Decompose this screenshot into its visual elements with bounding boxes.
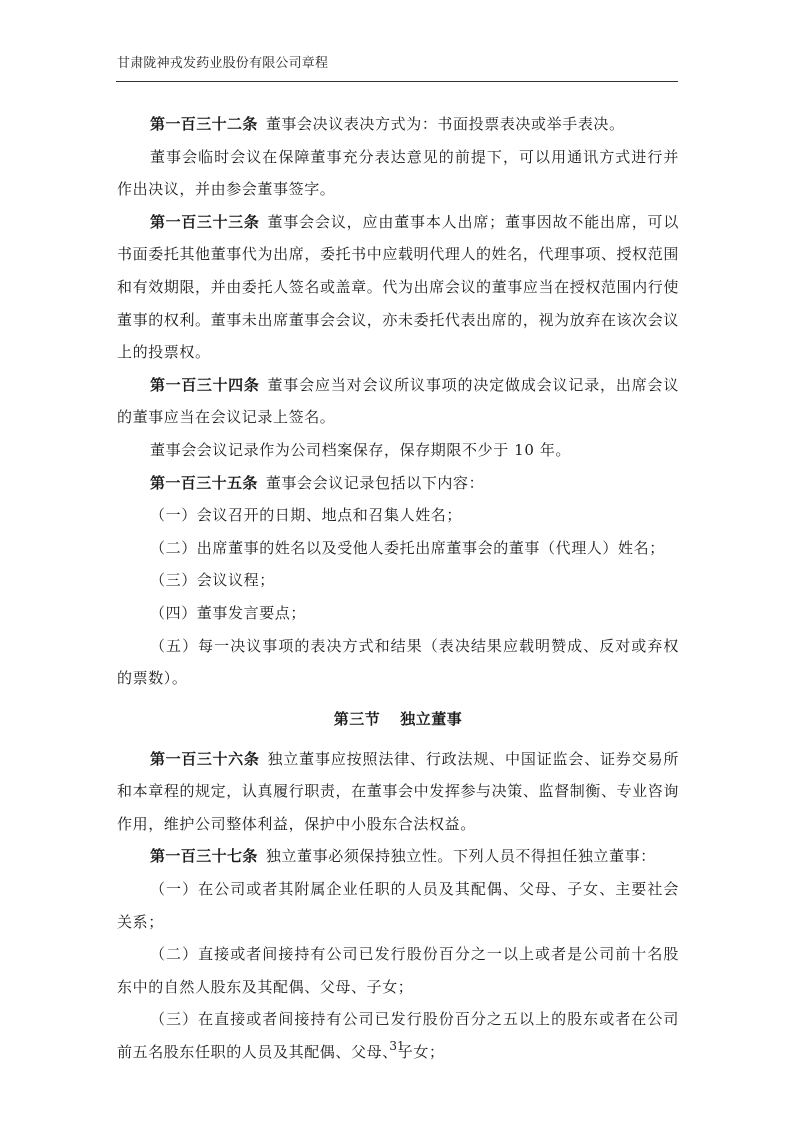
paragraph-article-133: 第一百三十三条董事会会议，应由董事本人出席；董事因故不能出席，可以书面委托其他董… [117, 206, 679, 369]
section-number: 第三节 [334, 710, 381, 728]
list-item: （三）在直接或者间接持有公司已发行股份百分之五以上的股东或者在公司前五名股东任职… [117, 1003, 679, 1068]
list-item-text: （三）会议议程； [150, 571, 275, 589]
paragraph-article-132: 第一百三十二条董事会决议表决方式为：书面投票表决或举手表决。 [117, 108, 679, 141]
article-number: 第一百三十二条 [150, 115, 258, 133]
list-item-text: （一）会议召开的日期、地点和召集人姓名； [150, 506, 462, 524]
list-item-text: （四）董事发言要点； [150, 604, 306, 622]
section-heading: 第三节独立董事 [117, 703, 679, 735]
list-item: （五）每一决议事项的表决方式和结果（表决结果应载明赞成、反对或弃权的票数）。 [117, 630, 679, 695]
list-item: （二）直接或者间接持有公司已发行股份百分之一以上或者是公司前十名股东中的自然人股… [117, 938, 679, 1003]
paragraph-text: 独立董事必须保持独立性。下列人员不得担任独立董事： [266, 847, 656, 865]
paragraph-text: 董事会会议记录包括以下内容： [266, 474, 484, 492]
paragraph-article-135: 第一百三十五条董事会会议记录包括以下内容： [117, 467, 679, 500]
header-divider [116, 81, 678, 82]
paragraph-article-134: 第一百三十四条董事会应当对会议所议事项的决定做成会议记录，出席会议的董事应当在会… [117, 369, 679, 434]
paragraph-article-136: 第一百三十六条独立董事应按照法律、行政法规、中国证监会、证券交易所和本章程的规定… [117, 743, 679, 841]
list-item-text: （二）直接或者间接持有公司已发行股份百分之一以上或者是公司前十名股东中的自然人股… [117, 945, 679, 996]
paragraph: 董事会会议记录作为公司档案保存，保存期限不少于 10 年。 [117, 434, 679, 467]
list-item: （一）会议召开的日期、地点和召集人姓名； [117, 499, 679, 532]
paragraph-text: 董事会决议表决方式为：书面投票表决或举手表决。 [266, 115, 625, 133]
list-item-text: （二）出席董事的姓名以及受他人委托出席董事会的董事（代理人）姓名； [150, 539, 665, 557]
article-number: 第一百三十七条 [150, 847, 258, 865]
article-number: 第一百三十三条 [150, 213, 259, 231]
page-number: 31 [0, 1039, 794, 1053]
paragraph-text: 董事会会议记录作为公司档案保存，保存期限不少于 10 年。 [150, 441, 571, 459]
section-title: 独立董事 [400, 710, 462, 728]
article-number: 第一百三十四条 [150, 376, 259, 394]
article-number: 第一百三十五条 [150, 474, 258, 492]
list-item: （二）出席董事的姓名以及受他人委托出席董事会的董事（代理人）姓名； [117, 532, 679, 565]
article-number: 第一百三十六条 [150, 750, 259, 768]
paragraph-text: 董事会临时会议在保障董事充分表达意见的前提下，可以用通讯方式进行并作出决议，并由… [117, 148, 679, 199]
list-item: （一）在公司或者其附属企业任职的人员及其配偶、父母、子女、主要社会关系； [117, 873, 679, 938]
paragraph-article-137: 第一百三十七条独立董事必须保持独立性。下列人员不得担任独立董事： [117, 840, 679, 873]
list-item: （三）会议议程； [117, 564, 679, 597]
list-item: （四）董事发言要点； [117, 597, 679, 630]
list-item-text: （五）每一决议事项的表决方式和结果（表决结果应载明赞成、反对或弃权的票数）。 [117, 637, 679, 688]
list-item-text: （一）在公司或者其附属企业任职的人员及其配偶、父母、子女、主要社会关系； [117, 880, 679, 931]
document-header: 甘肃陇神戎发药业股份有限公司章程 [117, 56, 677, 76]
list-item-text: （三）在直接或者间接持有公司已发行股份百分之五以上的股东或者在公司前五名股东任职… [117, 1010, 679, 1061]
document-body: 第一百三十二条董事会决议表决方式为：书面投票表决或举手表决。 董事会临时会议在保… [117, 108, 679, 1069]
paragraph-text: 董事会会议，应由董事本人出席；董事因故不能出席，可以书面委托其他董事代为出席，委… [117, 213, 679, 361]
paragraph: 董事会临时会议在保障董事充分表达意见的前提下，可以用通讯方式进行并作出决议，并由… [117, 141, 679, 206]
